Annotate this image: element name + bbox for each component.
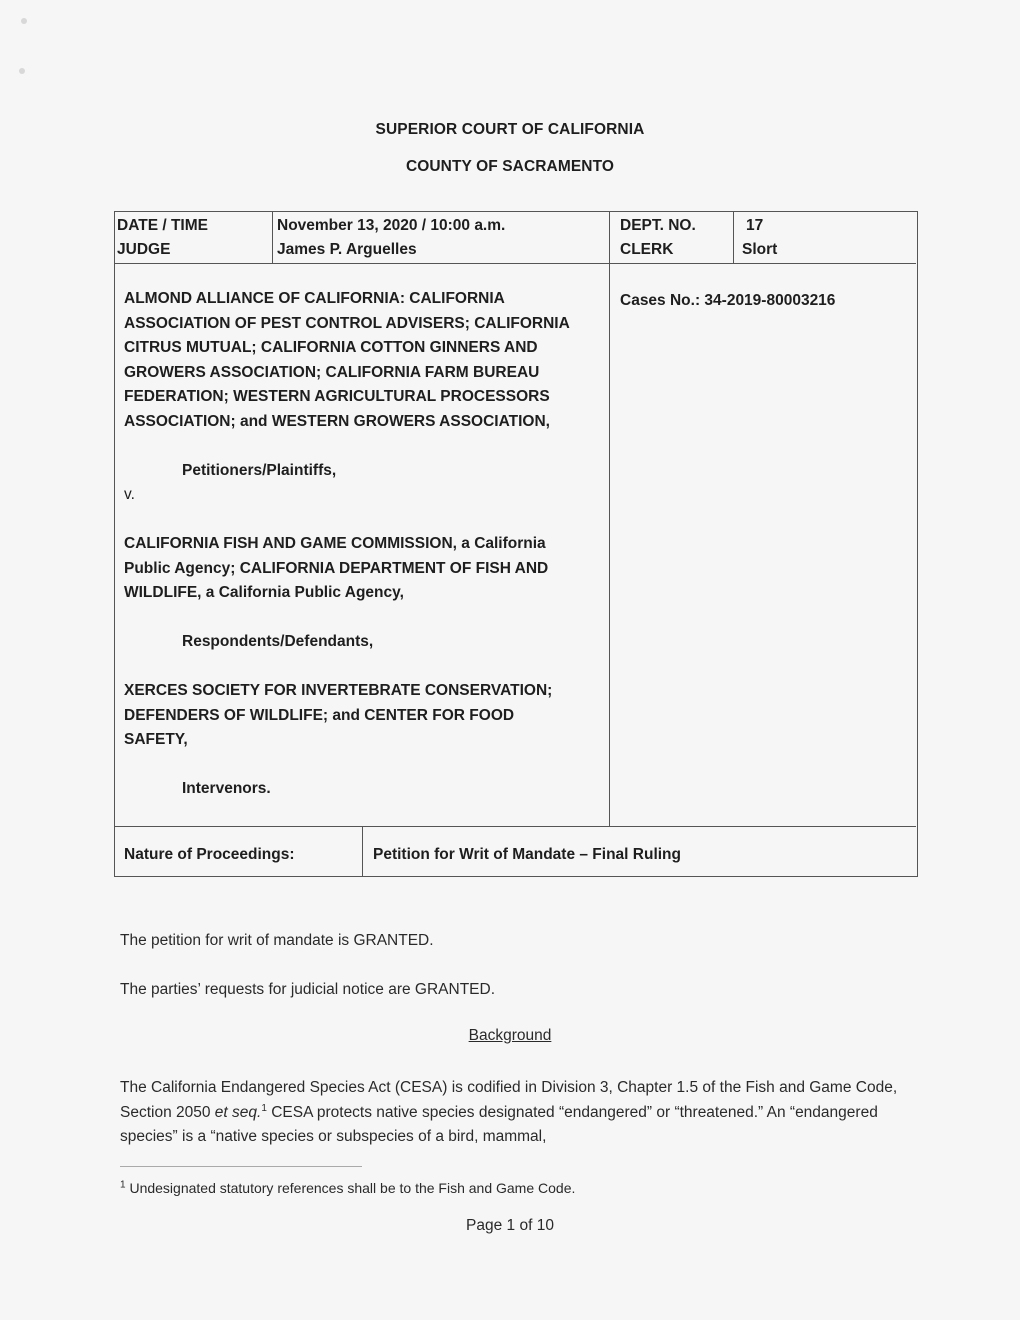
petitioner-line: ALMOND ALLIANCE OF CALIFORNIA: CALIFORNI… bbox=[124, 287, 604, 312]
ruling-judicial-notice-text: The parties’ requests for judicial notic… bbox=[120, 978, 900, 1003]
table-divider bbox=[609, 212, 610, 826]
background-paragraph: The California Endangered Species Act (C… bbox=[120, 1076, 900, 1150]
ruling-judicial-notice: The parties’ requests for judicial notic… bbox=[120, 978, 900, 1003]
table-divider bbox=[733, 212, 734, 263]
petitioner-line: CITRUS MUTUAL; CALIFORNIA COTTON GINNERS… bbox=[124, 336, 604, 361]
intervenor-line: DEFENDERS OF WILDLIFE; and CENTER FOR FO… bbox=[124, 704, 604, 729]
respondents-role: Respondents/Defendants, bbox=[124, 630, 604, 655]
dept-label: DEPT. NO. bbox=[620, 213, 696, 238]
clerk-name: Slort bbox=[742, 237, 777, 262]
footnote-text: Undesignated statutory references shall … bbox=[126, 1180, 576, 1196]
respondent-line: CALIFORNIA FISH AND GAME COMMISSION, a C… bbox=[124, 532, 604, 557]
table-divider bbox=[115, 263, 916, 264]
scan-artifact bbox=[19, 68, 25, 74]
respondent-line: WILDLIFE, a California Public Agency, bbox=[124, 581, 604, 606]
versus: v. bbox=[124, 483, 604, 508]
county-name: COUNTY OF SACRAMENTO bbox=[0, 158, 1020, 176]
date-time-label: DATE / TIME bbox=[117, 213, 208, 238]
petitioner-line: GROWERS ASSOCIATION; CALIFORNIA FARM BUR… bbox=[124, 361, 604, 386]
section-heading-background: Background bbox=[0, 1027, 1020, 1045]
page-number: Page 1 of 10 bbox=[0, 1217, 1020, 1235]
intervenor-line: XERCES SOCIETY FOR INVERTEBRATE CONSERVA… bbox=[124, 679, 604, 704]
scan-artifact bbox=[21, 18, 27, 24]
ruling-writ: The petition for writ of mandate is GRAN… bbox=[120, 929, 900, 954]
paragraph-italic: et seq. bbox=[215, 1104, 262, 1121]
case-caption-table: DATE / TIME JUDGE November 13, 2020 / 10… bbox=[114, 211, 918, 877]
table-divider bbox=[115, 826, 916, 827]
petitioner-line: ASSOCIATION; and WESTERN GROWERS ASSOCIA… bbox=[124, 410, 604, 435]
parties-block: ALMOND ALLIANCE OF CALIFORNIA: CALIFORNI… bbox=[124, 287, 604, 802]
judge-name: James P. Arguelles bbox=[277, 237, 417, 262]
petitioner-line: ASSOCIATION OF PEST CONTROL ADVISERS; CA… bbox=[124, 312, 604, 337]
case-number: Cases No.: 34-2019-80003216 bbox=[620, 288, 835, 313]
document-page: SUPERIOR COURT OF CALIFORNIA COUNTY OF S… bbox=[0, 0, 1020, 1320]
table-divider bbox=[362, 826, 363, 876]
nature-label: Nature of Proceedings: bbox=[124, 842, 295, 867]
footnote: 1 Undesignated statutory references shal… bbox=[120, 1180, 575, 1196]
hearing-date-time: November 13, 2020 / 10:00 a.m. bbox=[277, 213, 505, 238]
petitioner-line: FEDERATION; WESTERN AGRICULTURAL PROCESS… bbox=[124, 385, 604, 410]
table-divider bbox=[272, 212, 273, 263]
clerk-label: CLERK bbox=[620, 237, 673, 262]
petitioners-role: Petitioners/Plaintiffs, bbox=[124, 459, 604, 484]
court-name: SUPERIOR COURT OF CALIFORNIA bbox=[0, 121, 1020, 139]
ruling-writ-text: The petition for writ of mandate is GRAN… bbox=[120, 929, 900, 954]
footnote-separator bbox=[120, 1166, 362, 1167]
respondent-line: Public Agency; CALIFORNIA DEPARTMENT OF … bbox=[124, 557, 604, 582]
intervenors-role: Intervenors. bbox=[124, 777, 604, 802]
dept-number: 17 bbox=[746, 213, 763, 238]
intervenor-line: SAFETY, bbox=[124, 728, 604, 753]
nature-value: Petition for Writ of Mandate – Final Rul… bbox=[373, 842, 681, 867]
judge-label: JUDGE bbox=[117, 237, 170, 262]
